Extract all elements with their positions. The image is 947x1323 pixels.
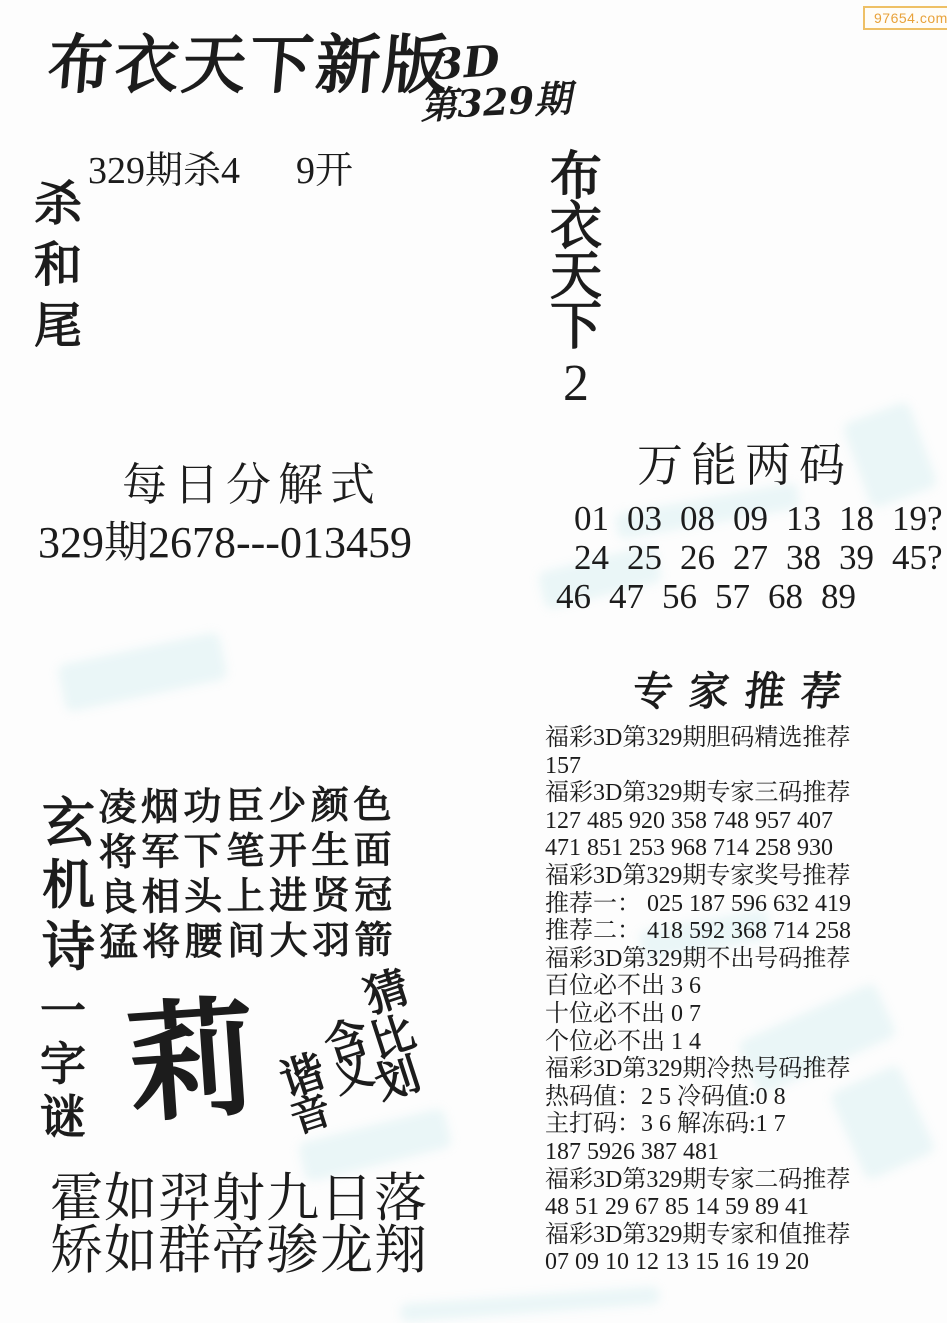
two-codes-row: 24 25 26 27 38 39 45? bbox=[545, 539, 945, 576]
lottery-tip-sheet: 97654.com 布衣天下新版 3D 第329期 329期杀49开 杀 和 尾… bbox=[0, 0, 947, 1323]
site-badge: 97654.com bbox=[863, 6, 947, 30]
recommendation-line: 福彩3D第329期冷热号码推荐 bbox=[545, 1056, 945, 1084]
code-pair: 01 bbox=[574, 500, 609, 537]
code-pair: 27 bbox=[733, 539, 768, 576]
recommendation-line: 福彩3D第329期不出号码推荐 bbox=[545, 946, 945, 974]
universal-two-codes-section: 万能两码 01 03 08 09 13 18 19? 24 25 26 27 3… bbox=[545, 443, 945, 615]
vertical-char: 和 bbox=[34, 241, 82, 289]
open-number-label: 9开 bbox=[296, 150, 353, 192]
mystery-poem-label: 玄 机 诗 bbox=[42, 797, 95, 974]
riddle-answer-char: 莉 bbox=[124, 994, 261, 1131]
code-pair: 09 bbox=[733, 500, 768, 537]
code-pair: 45? bbox=[892, 539, 943, 576]
recommendation-line: 187 5926 387 481 bbox=[545, 1139, 945, 1167]
code-pair: 18 bbox=[839, 500, 874, 537]
recommendation-line: 福彩3D第329期专家二码推荐 bbox=[545, 1167, 945, 1195]
code-pair: 46 bbox=[556, 578, 591, 615]
recommendation-line: 127 485 920 358 748 957 407 bbox=[545, 808, 945, 836]
vertical-char: 字 bbox=[40, 1041, 86, 1087]
recommendation-line: 157 bbox=[545, 753, 945, 781]
expert-recommendation-title: 专家推荐 bbox=[543, 672, 947, 712]
vertical-char: 诗 bbox=[42, 921, 95, 974]
code-pair: 26 bbox=[680, 539, 715, 576]
recommendation-line: 热码值：2 5 冷码值:0 8 bbox=[545, 1084, 945, 1112]
poem-line: 凌烟功臣少颜色 bbox=[98, 782, 391, 830]
code-pair: 25 bbox=[627, 539, 662, 576]
vertical-char: 布 bbox=[550, 152, 602, 202]
code-pair: 24 bbox=[574, 539, 609, 576]
poem-line: 良相头上进贤冠 bbox=[99, 872, 392, 920]
recommendation-line: 福彩3D第329期胆码精选推荐 bbox=[545, 725, 945, 753]
kill-open-row: 329期杀49开 bbox=[88, 152, 353, 190]
two-codes-row: 01 03 08 09 13 18 19? bbox=[545, 500, 945, 537]
recommendation-line: 推荐一： 025 187 596 632 419 bbox=[545, 891, 945, 919]
recommendation-line: 个位必不出 1 4 bbox=[545, 1029, 945, 1057]
poem-line: 霍如羿射九日落 bbox=[50, 1173, 428, 1225]
vertical-char: 杀 bbox=[34, 180, 82, 228]
recommendation-line: 07 09 10 12 13 15 16 19 20 bbox=[545, 1249, 945, 1277]
kill-sum-tail-label: 杀 和 尾 bbox=[34, 180, 82, 350]
vertical-char: 尾 bbox=[34, 302, 82, 350]
vertical-char: 玄 bbox=[42, 797, 95, 850]
recommendation-line: 48 51 29 67 85 14 59 89 41 bbox=[545, 1194, 945, 1222]
vertical-char: 机 bbox=[42, 859, 95, 912]
poem-line: 矫如群帝骖龙翔 bbox=[50, 1225, 428, 1277]
riddle-hint-char: 划 bbox=[370, 1052, 425, 1107]
watermark-blob bbox=[400, 1286, 661, 1322]
poem-line: 将军下笔开生面 bbox=[99, 827, 392, 875]
code-pair: 03 bbox=[627, 500, 662, 537]
page-title: 布衣天下新版 bbox=[45, 34, 453, 98]
expert-recommendation-lines: 福彩3D第329期胆码精选推荐 157 福彩3D第329期专家三码推荐 127 … bbox=[545, 725, 945, 1277]
issue-number-label: 第329期 bbox=[419, 80, 572, 125]
watermark-blob bbox=[57, 631, 228, 712]
daily-decomposition-formula: 329期2678---013459 bbox=[38, 521, 412, 565]
poem-line: 猛将腰间大羽箭 bbox=[99, 917, 392, 965]
recommendation-line: 福彩3D第329期专家和值推荐 bbox=[545, 1222, 945, 1250]
daily-decomposition-title: 每日分解式 bbox=[122, 463, 382, 508]
mystery-poem-lines: 凌烟功臣少颜色 将军下笔开生面 良相头上进贤冠 猛将腰间大羽箭 bbox=[98, 782, 393, 965]
bottom-poem: 霍如羿射九日落 矫如群帝骖龙翔 bbox=[50, 1173, 428, 1277]
code-pair: 89 bbox=[821, 578, 856, 615]
code-pair: 13 bbox=[786, 500, 821, 537]
brand-vertical-label: 布 衣 天 下 2 bbox=[550, 152, 602, 410]
recommendation-line: 百位必不出 3 6 bbox=[545, 973, 945, 1001]
riddle-label: 一 字 谜 bbox=[40, 988, 86, 1140]
vertical-char: 一 bbox=[40, 988, 86, 1034]
code-pair: 19? bbox=[892, 500, 943, 537]
kill-number-label: 329期杀4 bbox=[88, 150, 240, 192]
code-pair: 38 bbox=[786, 539, 821, 576]
universal-two-codes-title: 万能两码 bbox=[545, 443, 945, 489]
brand-number: 2 bbox=[563, 358, 589, 410]
recommendation-line: 471 851 253 968 714 258 930 bbox=[545, 835, 945, 863]
code-pair: 47 bbox=[609, 578, 644, 615]
recommendation-line: 福彩3D第329期专家奖号推荐 bbox=[545, 863, 945, 891]
code-pair: 56 bbox=[662, 578, 697, 615]
code-pair: 68 bbox=[768, 578, 803, 615]
recommendation-line: 十位必不出 0 7 bbox=[545, 1001, 945, 1029]
two-codes-row: 46 47 56 57 68 89 bbox=[545, 578, 945, 615]
vertical-char: 天 bbox=[550, 252, 602, 302]
code-pair: 08 bbox=[680, 500, 715, 537]
recommendation-line: 福彩3D第329期专家三码推荐 bbox=[545, 780, 945, 808]
riddle-hint-char: 音 bbox=[286, 1090, 336, 1140]
expert-recommendation-section: 专家推荐 福彩3D第329期胆码精选推荐 157 福彩3D第329期专家三码推荐… bbox=[545, 672, 945, 1277]
vertical-char: 下 bbox=[550, 302, 602, 352]
code-pair: 57 bbox=[715, 578, 750, 615]
recommendation-line: 推荐二： 418 592 368 714 258 bbox=[545, 918, 945, 946]
code-pair: 39 bbox=[839, 539, 874, 576]
vertical-char: 谜 bbox=[40, 1094, 86, 1140]
recommendation-line: 主打码：3 6 解冻码:1 7 bbox=[545, 1111, 945, 1139]
vertical-char: 衣 bbox=[550, 202, 602, 252]
